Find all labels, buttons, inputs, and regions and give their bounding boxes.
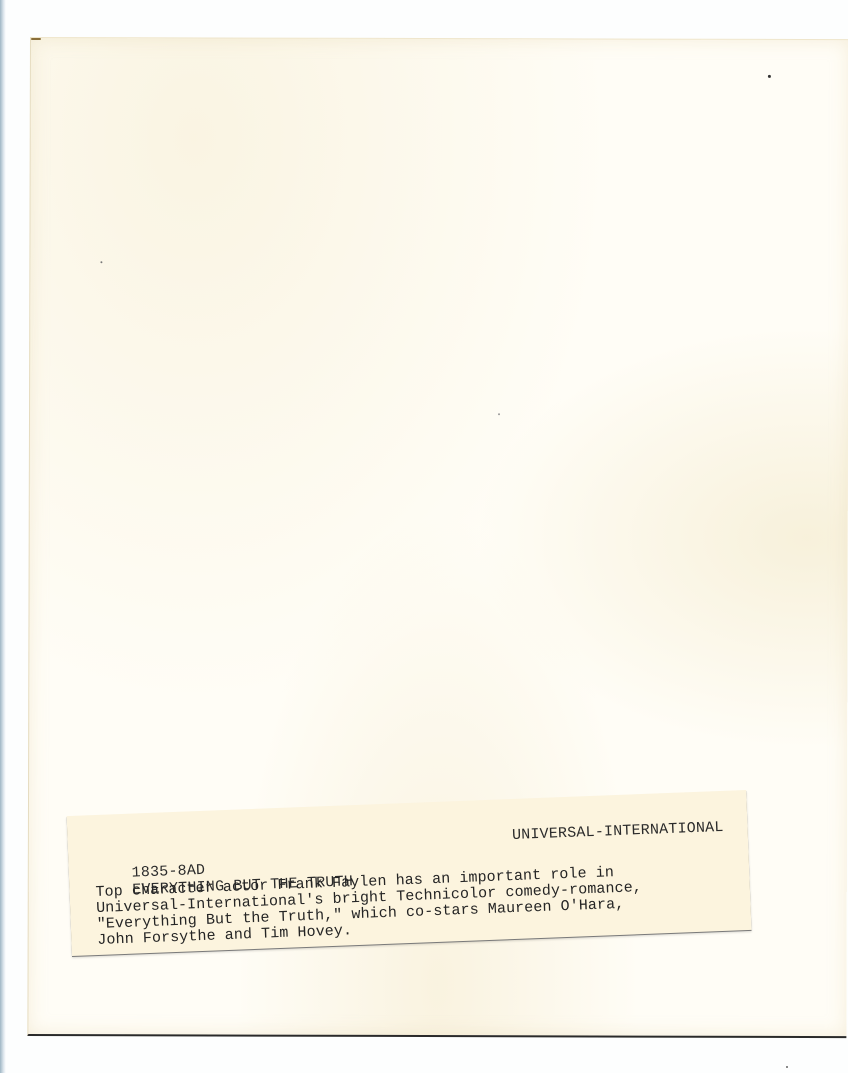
caption-studio: UNIVERSAL-INTERNATIONAL [512, 819, 724, 844]
dust-speck [768, 75, 771, 78]
caption-slip: 1835-8AD EVERYTHING BUT THE TRUTH UNIVER… [67, 790, 752, 956]
dust-speck [100, 261, 102, 263]
dust-speck [498, 413, 500, 415]
dust-speck [786, 1066, 788, 1068]
corner-wear-mark [31, 38, 41, 40]
